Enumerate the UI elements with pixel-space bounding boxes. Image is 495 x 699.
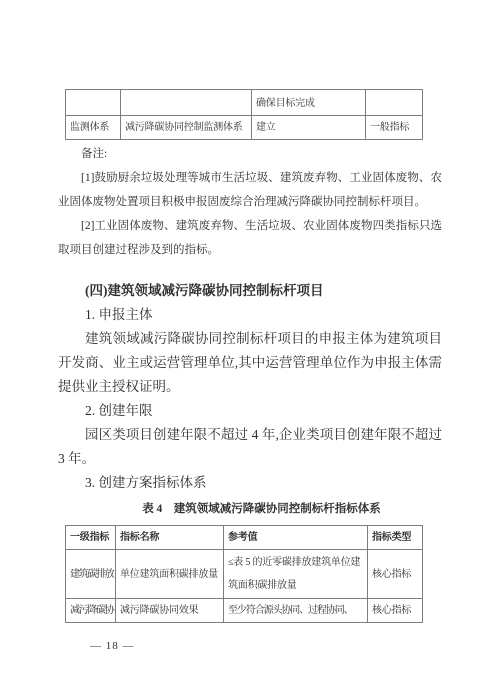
table-row: 减污降碳协 减污降碳协同效果 至少符合源头协同、过程协同、 核心指标: [66, 599, 423, 623]
table-cell: 一般指标: [366, 116, 423, 140]
table-cell: 减污降碳协同效果: [116, 599, 224, 623]
item1-body: 建筑领域减污降碳协同控制标杆项目的申报主体为建筑项目开发商、业主或运营管理单位,…: [58, 327, 442, 399]
column-header: 参考值: [224, 526, 368, 550]
table-row: 确保目标完成: [66, 90, 423, 116]
table-cell: 监测体系: [66, 116, 121, 140]
table-cell: 确保目标完成: [252, 90, 366, 116]
page-number: — 18 —: [90, 640, 135, 652]
page-content: 确保目标完成 监测体系 减污降碳协同控制监测体系 建立 一般指标 备注: [1]…: [58, 89, 442, 623]
table-cell: [366, 90, 423, 116]
item2-title: 2. 创建年限: [58, 399, 442, 423]
item3-title: 3. 创建方案指标体系: [58, 471, 442, 495]
table-cell: [121, 90, 252, 116]
table-cell: 建立: [252, 116, 366, 140]
continuation-table: 确保目标完成 监测体系 减污降碳协同控制监测体系 建立 一般指标: [65, 89, 423, 140]
item2-body: 园区类项目创建年限不超过 4 年,企业类项目创建年限不超过 3 年。: [58, 423, 442, 471]
table-header-row: 一级指标 指标名称 参考值 指标类型: [66, 526, 423, 550]
table-cell: ≤表 5 的近零碳排放建筑单位建筑面积碳排放量: [224, 550, 368, 599]
table-cell: 至少符合源头协同、过程协同、: [224, 599, 368, 623]
column-header: 指标类型: [368, 526, 423, 550]
table-cell: [66, 90, 121, 116]
table-cell: 减污降碳协: [66, 599, 116, 623]
column-header: 指标名称: [116, 526, 224, 550]
notes-section: 备注: [1]鼓励厨余垃圾处理等城市生活垃圾、建筑废弃物、工业固体废物、农业固体…: [58, 142, 442, 262]
table-cell: 核心指标: [368, 599, 423, 623]
table-cell: 减污降碳协同控制监测体系: [121, 116, 252, 140]
table-row: 监测体系 减污降碳协同控制监测体系 建立 一般指标: [66, 116, 423, 140]
column-header: 一级指标: [66, 526, 116, 550]
table4-caption: 表 4 建筑领域减污降碳协同控制标杆指标体系: [58, 497, 442, 521]
note-item-1: [1]鼓励厨余垃圾处理等城市生活垃圾、建筑废弃物、工业固体废物、农业固体废物处置…: [58, 166, 442, 214]
item1-title: 1. 申报主体: [58, 303, 442, 327]
table-cell: 建筑碳排放: [66, 550, 116, 599]
notes-label: 备注:: [58, 142, 442, 166]
document-page: 确保目标完成 监测体系 减污降碳协同控制监测体系 建立 一般指标 备注: [1]…: [0, 0, 495, 699]
table-cell: 核心指标: [368, 550, 423, 599]
table4: 一级指标 指标名称 参考值 指标类型 建筑碳排放 单位建筑面积碳排放量 ≤表 5…: [65, 525, 423, 623]
table-cell: 单位建筑面积碳排放量: [116, 550, 224, 599]
section-heading: (四)建筑领域减污降碳协同控制标杆项目: [58, 279, 442, 303]
table-row: 建筑碳排放 单位建筑面积碳排放量 ≤表 5 的近零碳排放建筑单位建筑面积碳排放量…: [66, 550, 423, 599]
note-item-2: [2]工业固体废物、建筑废弃物、生活垃圾、农业固体废物四类指标只选取项目创建过程…: [58, 214, 442, 262]
